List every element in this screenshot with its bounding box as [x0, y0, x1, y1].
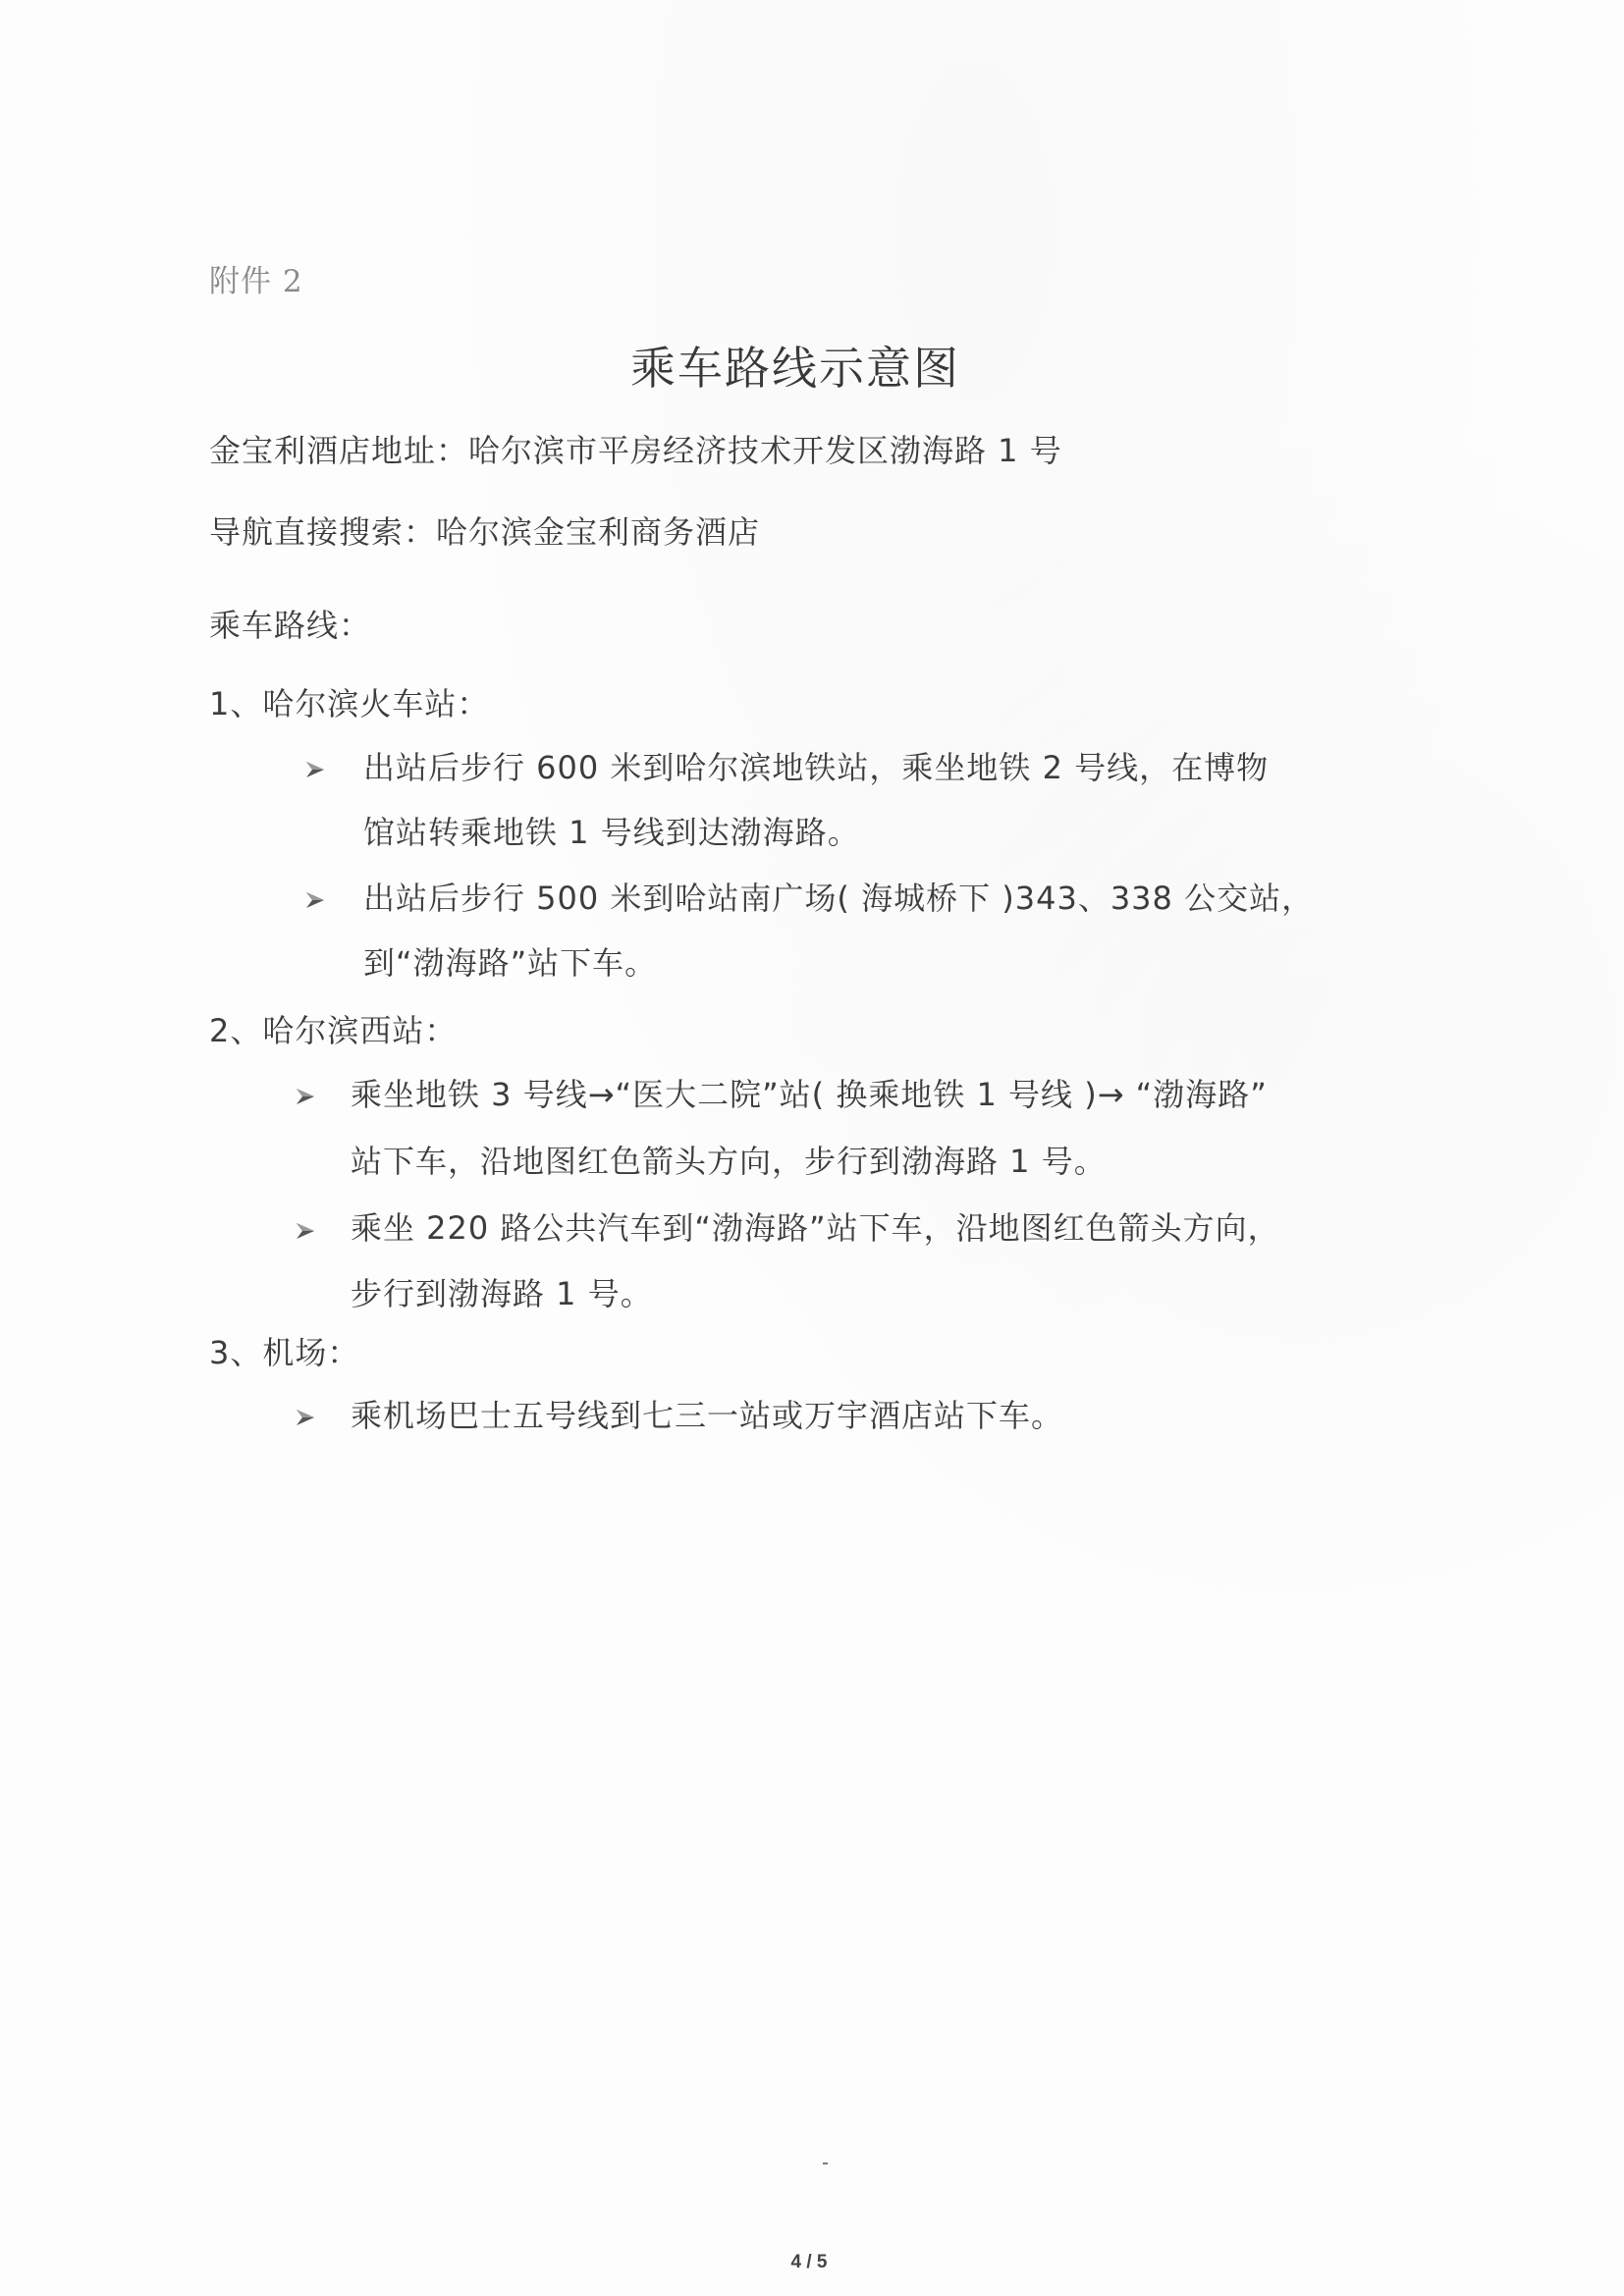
bullet-line: 站下车，沿地图红色箭头方向，步行到渤海路 1 号。: [351, 1146, 1107, 1177]
attachment-label: 附件 2: [209, 267, 303, 297]
scan-mark: [823, 2163, 828, 2164]
section-heading: 3、机场：: [209, 1337, 359, 1368]
arrowhead-bullet-icon: [295, 1086, 316, 1107]
routes-heading: 乘车路线：: [209, 610, 371, 641]
page-title: 乘车路线示意图: [0, 346, 1591, 391]
bullet-line: 乘机场巴士五号线到七三一站或万宇酒店站下车。: [351, 1400, 1063, 1431]
section-heading: 1、哈尔滨火车站：: [209, 688, 489, 720]
arrowhead-bullet-icon: [304, 889, 326, 911]
bullet-line: 乘坐地铁 3 号线→“医大二院”站( 换乘地铁 1 号线 )→ “渤海路”: [351, 1079, 1268, 1110]
section-heading: 2、哈尔滨西站：: [209, 1015, 457, 1046]
arrowhead-bullet-icon: [304, 759, 326, 780]
bullet-line: 到“渤海路”站下车。: [363, 947, 657, 979]
bullet-line: 乘坐 220 路公共汽车到“渤海路”站下车，沿地图红色箭头方向，: [351, 1212, 1280, 1244]
arrowhead-bullet-icon: [295, 1407, 316, 1428]
hotel-address: 金宝利酒店地址：哈尔滨市平房经济技术开发区渤海路 1 号: [209, 435, 1062, 466]
document-page: 附件 2 乘车路线示意图 金宝利酒店地址：哈尔滨市平房经济技术开发区渤海路 1 …: [0, 0, 1624, 2296]
page-number: 4 / 5: [0, 2252, 1624, 2273]
navigation-search-text: 导航直接搜索：哈尔滨金宝利商务酒店: [209, 516, 760, 548]
arrowhead-bullet-icon: [295, 1220, 316, 1242]
bullet-line: 馆站转乘地铁 1 号线到达渤海路。: [363, 817, 860, 848]
bullet-line: 出站后步行 600 米到哈尔滨地铁站，乘坐地铁 2 号线，在博物: [363, 752, 1269, 783]
bullet-line: 步行到渤海路 1 号。: [351, 1278, 653, 1309]
bullet-line: 出站后步行 500 米到哈站南广场( 海城桥下 )343、338 公交站，: [363, 882, 1314, 914]
